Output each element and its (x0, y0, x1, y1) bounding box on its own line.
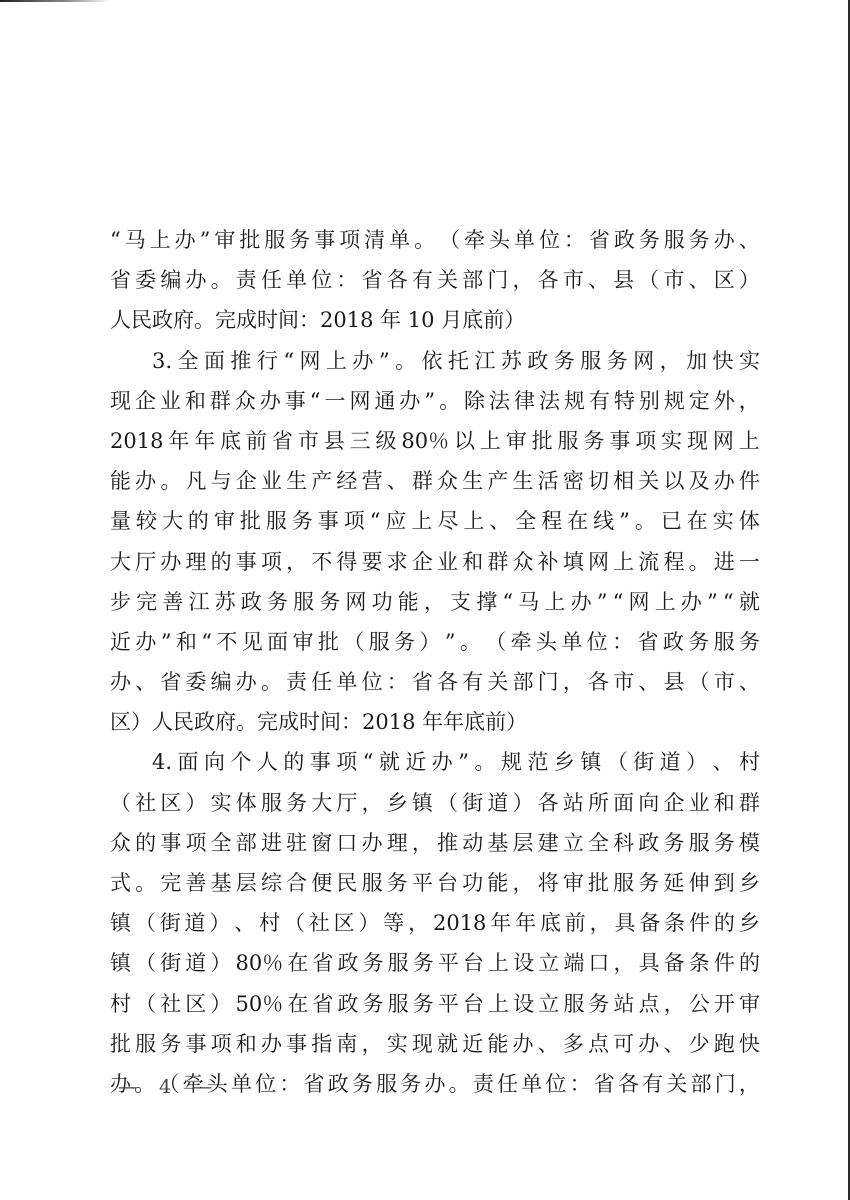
glyph: 社 (160, 984, 181, 1024)
glyph: 批 (110, 1024, 131, 1064)
glyph: 委 (135, 260, 156, 300)
glyph: 面 (267, 622, 288, 662)
glyph: 的 (739, 943, 760, 983)
glyph: 跑 (714, 1024, 735, 1064)
glyph: 服 (689, 823, 710, 863)
glyph: 厅 (135, 542, 156, 582)
item-4-heading-line: 4.面向个人的事项“就近办”。规范乡镇（街道）、村 (110, 742, 760, 782)
glyph: 责 (473, 1064, 494, 1104)
text-line: 式。完善基层综合便民服务平台功能，将审批服务延伸到乡 (110, 863, 760, 903)
glyph: 县 (324, 421, 345, 461)
glyph: 功 (372, 582, 393, 622)
glyph: 村 (259, 903, 280, 943)
glyph: 立 (538, 943, 559, 983)
text-line: 量较大的审批服务事项“应上尽上、全程在线”。已在实体 (110, 501, 760, 541)
glyph: 台 (437, 863, 458, 903)
glyph: 推 (230, 341, 251, 381)
glyph: 关 (666, 1064, 687, 1104)
glyph: （ (135, 943, 156, 983)
glyph: 区 (334, 903, 355, 943)
text-line: 镇（街道）80％在省政务服务平台上设立端口，具备条件的 (110, 943, 760, 983)
glyph: 项 (344, 501, 365, 541)
glyph: 各 (538, 783, 559, 823)
glyph: 加 (686, 341, 707, 381)
glyph: 得 (336, 542, 357, 582)
glyph: 经 (336, 461, 357, 501)
glyph: 项 (185, 823, 206, 863)
glyph: 务 (554, 341, 575, 381)
glyph: 上 (150, 220, 171, 260)
glyph: 的 (283, 742, 304, 782)
glyph: 特 (614, 381, 635, 421)
glyph: 务 (387, 863, 408, 903)
glyph: 建 (538, 823, 559, 863)
glyph: 上 (488, 943, 509, 983)
glyph: 填 (563, 542, 584, 582)
glyph: 具 (614, 903, 635, 943)
glyph: 完 (136, 582, 157, 622)
glyph: 具 (639, 943, 660, 983)
glyph: 单 (389, 220, 410, 260)
glyph: 在 (287, 984, 308, 1024)
glyph: 全 (588, 823, 609, 863)
glyph: 与 (211, 461, 232, 501)
glyph: 80％ (401, 421, 449, 461)
glyph: 政 (527, 341, 548, 381)
glyph: 市 (613, 662, 634, 702)
glyph: 各 (538, 260, 559, 300)
glyph: 务 (663, 823, 684, 863)
item-3-heading-line: 3.全面推行“网上办”。依托江苏政务服务网，加快实 (110, 341, 760, 381)
glyph: 生 (286, 461, 307, 501)
glyph: 牵 (464, 220, 485, 260)
glyph: 部 (513, 662, 534, 702)
glyph: 单 (514, 220, 535, 260)
glyph: 责 (236, 260, 257, 300)
glyph: 开 (714, 984, 735, 1024)
glyph: 道 (660, 742, 681, 782)
glyph: 、 (663, 1024, 684, 1064)
glyph: 办 (513, 1024, 534, 1064)
glyph: 能 (487, 863, 508, 903)
glyph: 务 (413, 984, 434, 1024)
glyph: 。 (689, 542, 710, 582)
glyph: 50％ (235, 984, 283, 1024)
glyph: 、 (489, 501, 510, 541)
glyph: 件 (689, 903, 710, 943)
glyph: 服 (388, 984, 409, 1024)
glyph: 式 (110, 863, 131, 903)
glyph: 事 (160, 823, 181, 863)
glyph: 近 (405, 742, 426, 782)
glyph: 较 (136, 501, 157, 541)
glyph: “ (723, 582, 734, 622)
glyph: 、 (689, 260, 710, 300)
glyph: 3. (152, 341, 172, 381)
glyph: （ (343, 622, 364, 662)
glyph: 单 (286, 260, 307, 300)
glyph: 镇 (580, 742, 601, 782)
glyph: 事 (286, 1024, 307, 1064)
glyph: 向 (638, 783, 659, 823)
glyph: 撑 (476, 582, 497, 622)
glyph: （ (607, 742, 628, 782)
glyph: 苏 (215, 582, 236, 622)
glyph: 省 (312, 943, 333, 983)
glyph: 企 (663, 783, 684, 823)
text-line: 现企业和群众办事“一网通办”。除法律法规有特别规定外， (110, 381, 760, 421)
glyph: 位 (362, 662, 383, 702)
glyph: 办 (352, 341, 373, 381)
glyph: 密 (563, 461, 584, 501)
text-line: 镇（街道）、村（社区）等，2018年年底前，具备条件的乡 (110, 903, 760, 943)
glyph: 乡 (554, 742, 575, 782)
glyph: 条 (664, 903, 685, 943)
glyph: 的 (211, 542, 232, 582)
glyph: 要 (362, 542, 383, 582)
glyph: 点 (588, 1024, 609, 1064)
glyph: ） (210, 943, 231, 983)
glyph: 和 (714, 783, 735, 823)
glyph: 务 (267, 582, 288, 622)
glyph: 网 (588, 542, 609, 582)
glyph: 端 (563, 943, 584, 983)
glyph: 位 (255, 1064, 276, 1104)
glyph: 市 (714, 662, 735, 702)
glyph: 件 (739, 461, 760, 501)
glyph: 别 (639, 381, 660, 421)
glyph: 网 (300, 341, 321, 381)
glyph: 服 (362, 863, 383, 903)
glyph: 务 (394, 622, 415, 662)
glyph: 层 (513, 823, 534, 863)
glyph: 镇 (412, 783, 433, 823)
glyph: 事 (236, 542, 257, 582)
text-line: 步完善江苏政务服务网功能，支撑“马上办”“网上办”“就 (110, 582, 760, 622)
glyph: 项 (211, 1024, 232, 1064)
glyph: ） (419, 622, 440, 662)
glyph: 面 (613, 783, 634, 823)
text-line: 区）人民政府。完成时间：2018 年年底前） (110, 702, 760, 742)
glyph: 办 (135, 622, 156, 662)
glyph: 等 (383, 903, 404, 943)
glyph: 办 (638, 1024, 659, 1064)
glyph: 年 (194, 421, 215, 461)
glyph: 事 (310, 742, 331, 782)
glyph: 项 (339, 220, 360, 260)
glyph: 善 (185, 863, 206, 903)
glyph: 律 (514, 381, 535, 421)
glyph: 少 (689, 1024, 710, 1064)
glyph: 一 (324, 381, 345, 421)
glyph: 上 (488, 984, 509, 1024)
glyph: 能 (487, 1024, 508, 1064)
glyph: 办 (185, 260, 206, 300)
glyph: 产 (487, 461, 508, 501)
glyph: 各 (437, 662, 458, 702)
glyph: 体 (236, 783, 257, 823)
glyph: ” (161, 622, 172, 662)
glyph: 上 (739, 421, 760, 461)
glyph: 审 (214, 501, 235, 541)
glyph: 。 (414, 220, 435, 260)
glyph: 务 (688, 622, 709, 662)
glyph: 点 (639, 984, 660, 1024)
glyph: 务 (352, 1064, 373, 1104)
glyph: 基 (211, 863, 232, 903)
glyph: 以 (663, 461, 684, 501)
glyph: 务 (714, 823, 735, 863)
glyph: “ (201, 622, 212, 662)
glyph: 众 (513, 542, 534, 582)
glyph: 个 (230, 742, 251, 782)
glyph: 三 (350, 421, 371, 461)
glyph: 2018 (433, 903, 486, 943)
glyph: 台 (463, 984, 484, 1024)
glyph: 业 (689, 783, 710, 823)
glyph: 和 (176, 622, 197, 662)
glyph: 办 (175, 220, 196, 260)
glyph: 审 (506, 421, 527, 461)
glyph: 有 (462, 662, 483, 702)
glyph: 及 (689, 461, 710, 501)
glyph: 生 (513, 461, 534, 501)
glyph: 所 (588, 783, 609, 823)
glyph: 镇 (110, 943, 131, 983)
glyph: 社 (135, 783, 156, 823)
glyph: ， (424, 582, 445, 622)
glyph: ， (660, 341, 681, 381)
glyph: 企 (236, 461, 257, 501)
glyph: 除 (464, 381, 485, 421)
glyph: 、 (739, 220, 760, 260)
glyph: 在 (567, 501, 588, 541)
glyph: 省 (589, 220, 610, 260)
glyph: 立 (538, 984, 559, 1024)
glyph: 务 (363, 984, 384, 1024)
glyph: （ (638, 260, 659, 300)
glyph: 设 (513, 943, 534, 983)
glyph: 服 (376, 1064, 397, 1104)
glyph: 快 (713, 341, 734, 381)
glyph: 层 (236, 863, 257, 903)
glyph: ， (664, 984, 685, 1024)
glyph: ， (563, 662, 584, 702)
glyph: “ (613, 582, 624, 622)
glyph: 苏 (501, 341, 522, 381)
glyph: 务 (607, 341, 628, 381)
glyph: 近 (110, 622, 131, 662)
glyph: ） (513, 783, 534, 823)
glyph: 服 (664, 220, 685, 260)
glyph: 乡 (387, 783, 408, 823)
glyph: 就 (437, 1024, 458, 1064)
glyph: 省 (304, 1064, 325, 1104)
glyph: 程 (541, 501, 562, 541)
glyph: 责 (286, 662, 307, 702)
glyph: 、 (135, 662, 156, 702)
glyph: 政 (328, 1064, 349, 1104)
glyph: 县 (663, 662, 684, 702)
glyph: ） (358, 903, 379, 943)
glyph: ， (513, 260, 534, 300)
glyph: 办 (432, 742, 453, 782)
glyph: 办 (110, 662, 131, 702)
glyph: ） (209, 903, 230, 943)
glyph: 程 (663, 542, 684, 582)
glyph: 业 (437, 542, 458, 582)
glyph: ： (279, 1064, 300, 1104)
glyph: 。 (474, 742, 495, 782)
glyph: 批 (532, 421, 553, 461)
glyph: 法 (539, 381, 560, 421)
glyph: ， (412, 823, 433, 863)
glyph: 区 (185, 984, 206, 1024)
glyph: 事 (285, 381, 306, 421)
glyph: 不 (216, 622, 237, 662)
glyph: 支 (450, 582, 471, 622)
glyph: 全 (211, 823, 232, 863)
glyph: 。 (635, 501, 656, 541)
glyph: 上 (655, 582, 676, 622)
glyph: 合 (286, 863, 307, 903)
glyph: 将 (538, 863, 559, 903)
text-line: 近办”和“不见面审批（服务）”。（牵头单位：省政务服务 (110, 622, 760, 662)
glyph: 指 (311, 1024, 332, 1064)
glyph: ， (362, 783, 383, 823)
glyph: 规 (501, 742, 522, 782)
glyph: ： (387, 662, 408, 702)
glyph: ， (614, 943, 635, 983)
glyph: 年 (490, 903, 511, 943)
glyph: 平 (412, 863, 433, 903)
glyph: 群 (487, 542, 508, 582)
glyph: 事 (609, 421, 630, 461)
glyph: 体 (739, 501, 760, 541)
glyph: 大 (311, 783, 332, 823)
glyph: 大 (162, 501, 183, 541)
glyph: 村 (110, 984, 131, 1024)
glyph: 关 (437, 260, 458, 300)
glyph: 务 (583, 421, 604, 461)
glyph: 事 (185, 1024, 206, 1064)
glyph: 口 (588, 943, 609, 983)
glyph: 任 (261, 260, 282, 300)
glyph: 办 (236, 662, 257, 702)
glyph: 平 (438, 984, 459, 1024)
glyph: ” (707, 582, 718, 622)
glyph: 审 (739, 984, 760, 1024)
glyph: 业 (160, 381, 181, 421)
glyph: （ (439, 220, 460, 260)
glyph: （ (284, 903, 305, 943)
glyph: 到 (714, 863, 735, 903)
glyph: 级 (375, 421, 396, 461)
text-line: 众的事项全部进驻窗口办理，推动基层建立全科政务服务模 (110, 823, 760, 863)
glyph: 编 (211, 662, 232, 702)
glyph: 实 (387, 1024, 408, 1064)
glyph: “ (370, 501, 381, 541)
glyph: 江 (188, 582, 209, 622)
glyph: 条 (689, 943, 710, 983)
glyph: ， (739, 381, 760, 421)
glyph: 线 (593, 501, 614, 541)
glyph: 快 (739, 1024, 760, 1064)
glyph: 牵 (511, 622, 532, 662)
text-line: 大厅办理的事项，不得要求企业和群众补填网上流程。进一 (110, 542, 760, 582)
glyph: 道 (185, 943, 206, 983)
glyph: 务 (588, 984, 609, 1024)
glyph: ： (336, 260, 357, 300)
glyph: 一 (739, 542, 760, 582)
glyph: 项 (261, 542, 282, 582)
glyph: 伸 (689, 863, 710, 903)
glyph: 关 (487, 662, 508, 702)
glyph: 活 (538, 461, 559, 501)
glyph: 实 (713, 501, 734, 541)
glyph: 行 (257, 341, 278, 381)
glyph: 站 (563, 783, 584, 823)
glyph: 托 (448, 341, 469, 381)
glyph: 备 (664, 943, 685, 983)
glyph: 进 (261, 823, 282, 863)
glyph: 批 (239, 220, 260, 260)
glyph: 网 (345, 582, 366, 622)
glyph: 实 (211, 783, 232, 823)
glyph: 头 (489, 220, 510, 260)
glyph: 凡 (185, 461, 206, 501)
glyph: 务 (638, 863, 659, 903)
glyph: 务 (689, 220, 710, 260)
glyph: 审 (214, 220, 235, 260)
glyph: 务 (400, 1064, 421, 1104)
glyph: 服 (293, 582, 314, 622)
glyph: 企 (412, 542, 433, 582)
glyph: 马 (518, 582, 539, 622)
glyph: 平 (438, 943, 459, 983)
glyph: 动 (462, 823, 483, 863)
glyph: （ (135, 984, 156, 1024)
glyph: 现 (412, 1024, 433, 1064)
glyph: 备 (639, 903, 660, 943)
glyph: 县 (613, 260, 634, 300)
glyph: 务 (289, 220, 310, 260)
glyph: 通 (374, 381, 395, 421)
glyph: 位 (311, 260, 332, 300)
glyph: 门 (538, 662, 559, 702)
glyph: ” (597, 582, 608, 622)
glyph: 镇 (110, 903, 131, 943)
glyph: 厅 (336, 783, 357, 823)
glyph: 定 (689, 381, 710, 421)
glyph: 、 (387, 461, 408, 501)
glyph: 80％ (235, 943, 283, 983)
glyph: 年 (168, 421, 189, 461)
glyph: 就 (379, 742, 400, 782)
glyph: 服 (558, 421, 579, 461)
glyph: 政 (663, 622, 684, 662)
glyph: 。 (439, 381, 460, 421)
glyph: 面 (204, 341, 225, 381)
glyph: 的 (135, 823, 156, 863)
glyph: 上 (411, 501, 432, 541)
glyph: 乡 (739, 903, 760, 943)
glyph: 任 (311, 662, 332, 702)
glyph: 村 (739, 742, 760, 782)
glyph: 群 (412, 461, 433, 501)
glyph: 位 (539, 220, 560, 260)
glyph: 群 (210, 381, 231, 421)
